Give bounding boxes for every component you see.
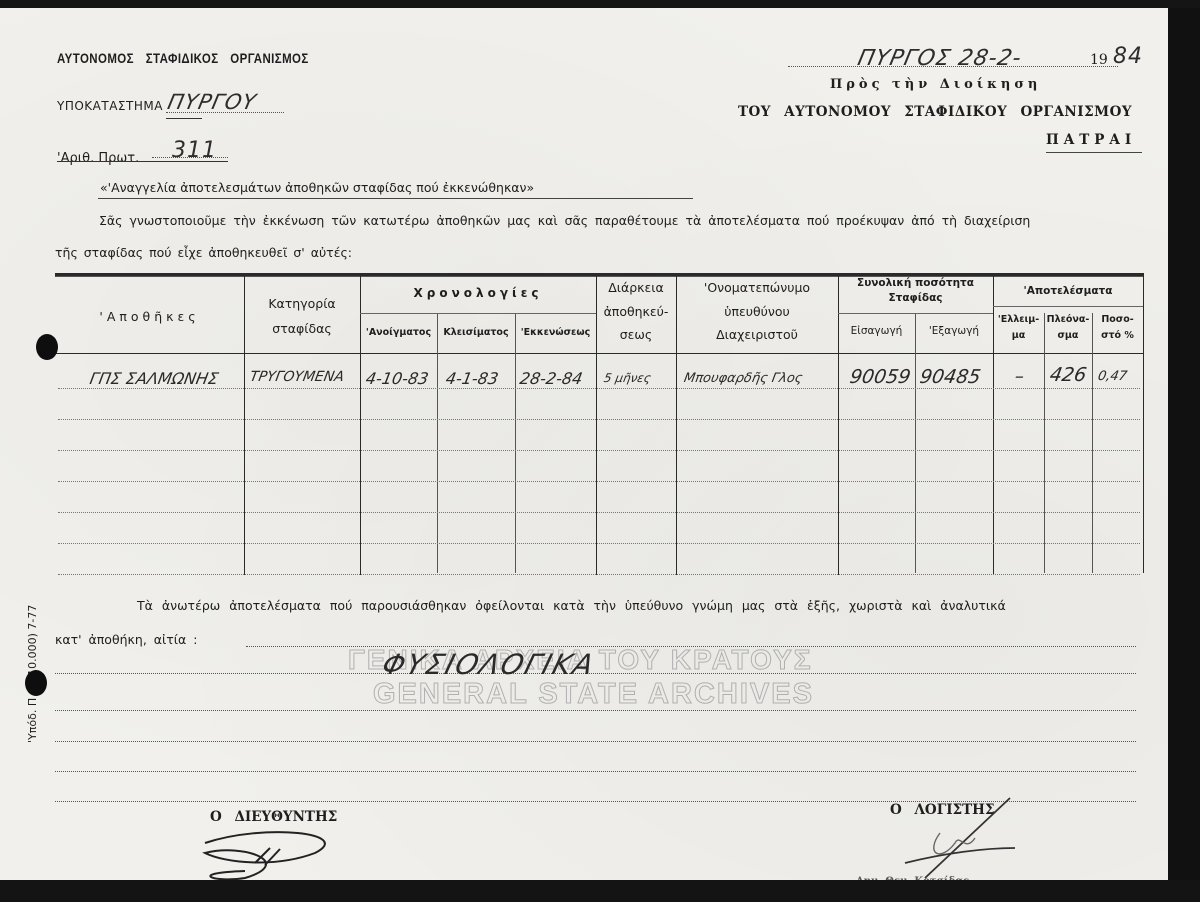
cell-manager: Μπουφαρδῆς Γλος (683, 371, 804, 386)
archive-watermark-english: GENERAL STATE ARCHIVES (373, 678, 814, 711)
header-category-l1: Κατηγορία (244, 295, 360, 313)
header-opening: 'Ανοίγματος (360, 326, 437, 340)
punch-hole (25, 670, 47, 696)
year-prefix: 19 (1090, 52, 1108, 68)
director-signature-icon (185, 823, 360, 880)
header-warehouses: 'Αποθῆκες (55, 308, 244, 326)
header-deficit-l1: 'Ελλειμ- (993, 313, 1044, 327)
branch-value: ΠΥΡΓΟΥ (165, 90, 258, 114)
branch-label: ΥΠΟΚΑΤΑΣΤΗΜΑ (57, 99, 163, 113)
cell-percent: 0,47 (1097, 369, 1129, 384)
dates-group-rule (360, 313, 596, 314)
reason-line (55, 741, 1136, 742)
protocol-value: 311 (172, 138, 217, 163)
header-percent-l1: Ποσο- (1092, 313, 1143, 327)
branch-short-rule (166, 118, 202, 119)
table-row-line (58, 574, 1140, 575)
cell-closing: 4-1-83 (444, 369, 500, 388)
subcol-divider (515, 313, 516, 573)
header-closing: Κλεισίματος (437, 326, 515, 340)
reason-value: ΦΥΣΙΟΛΟΓΙΚΑ (379, 648, 600, 681)
cell-category: ΤΡΥΓΟΥΜΕΝΑ (249, 369, 346, 385)
footer-line-2: κατ' ἀποθήκη, αἰτία : (55, 632, 197, 647)
table-row-line (58, 481, 1140, 482)
table-right-border (1143, 273, 1144, 573)
footer-line-1: Τὰ ἀνωτέρω ἀποτελέσματα πού παρουσιάσθηκ… (137, 598, 1006, 613)
subcol-divider (915, 313, 916, 573)
table-row-line (58, 388, 1140, 389)
col-divider (838, 273, 839, 575)
cell-opening: 4-10-83 (364, 369, 430, 388)
protocol-label: 'Αριθ. Πρωτ. (57, 151, 139, 166)
table-row-line (58, 450, 1140, 451)
subcol-divider (1092, 313, 1093, 573)
recipient-line-2: ΤΟΥ ΑΥΤΟΝΟΜΟΥ ΣΤΑΦΙΔΙΚΟΥ ΟΡΓΑΝΙΣΜΟΥ (738, 104, 1132, 120)
header-duration-l3: σεως (596, 326, 676, 344)
reason-line (55, 771, 1136, 772)
header-duration-l1: Διάρκεια (596, 279, 676, 297)
header-surplus-l1: Πλεόνα- (1044, 313, 1092, 327)
table-row-line (58, 419, 1140, 420)
header-deficit-l2: μα (993, 329, 1044, 343)
cell-evacuation: 28-2-84 (518, 369, 584, 388)
subject-line: «'Αναγγελία ἀποτελεσμάτων ἀποθηκῶν σταφί… (100, 180, 534, 195)
cell-duration: 5 μῆνες (603, 371, 652, 385)
header-surplus-l2: σμα (1044, 329, 1092, 343)
subcol-divider (437, 313, 438, 573)
recipient-underline (1046, 152, 1142, 153)
organization-name: ΑΥΤΟΝΟΜΟΣ ΣΤΑΦΙΔΙΚΟΣ ΟΡΓΑΝΙΣΜΟΣ (57, 50, 309, 66)
place-date-value: ΠΥΡΓΟΣ 28-2- (855, 46, 1024, 71)
subject-underline (98, 198, 693, 199)
cell-warehouse: ΓΠΣ ΣΑΛΜΩΝΗΣ (88, 369, 220, 388)
header-evacuation: 'Εκκενώσεως (515, 326, 596, 340)
year-suffix: 84 (1113, 44, 1143, 69)
cell-export: 90485 (918, 366, 982, 388)
header-manager-l3: Διαχειριστοῦ (676, 326, 838, 344)
accountant-signature-icon (885, 793, 1025, 880)
punch-hole (36, 334, 58, 360)
header-category-l2: σταφίδας (244, 320, 360, 338)
col-divider (360, 273, 361, 575)
intro-line-2: τῆς σταφίδας πού εἶχε ἀποθηκευθεῖ σ' αὐτ… (55, 245, 352, 260)
col-divider (244, 273, 245, 575)
table-header-bottom-rule (55, 353, 1143, 354)
scan-edge-top (0, 0, 1200, 8)
header-total-group-l2: Σταφίδας (838, 291, 993, 306)
document-page: ΑΥΤΟΝΟΜΟΣ ΣΤΑΦΙΔΙΚΟΣ ΟΡΓΑΝΙΣΜΟΣ ΥΠΟΚΑΤΑΣ… (0, 8, 1168, 880)
header-manager-l2: ὑπευθύνου (676, 303, 838, 321)
recipient-line-3: ΠΑΤΡΑΙ (1046, 132, 1136, 148)
results-group-rule (993, 306, 1143, 307)
subcol-divider (1044, 313, 1045, 573)
header-dates-group: Χρονολογίες (360, 285, 596, 302)
header-duration-l2: ἀποθηκεύ- (596, 303, 676, 321)
total-group-rule (838, 313, 993, 314)
header-results-group: 'Αποτελέσματα (993, 284, 1143, 299)
recipient-line-1: Πρὸς τὴν Διοίκηση (830, 77, 1041, 92)
header-import: Εἰσαγωγή (838, 324, 915, 339)
cell-import: 90059 (848, 366, 912, 388)
header-manager-l1: 'Ονοματεπώνυμο (676, 279, 838, 297)
header-percent-l2: στό % (1092, 329, 1143, 343)
intro-line-1: Σᾶς γνωστοποιοῦμε τὴν ἐκκένωση τῶν κατωτ… (99, 213, 1030, 228)
cell-surplus: 426 (1048, 364, 1088, 386)
header-total-group-l1: Συνολική ποσότητα (838, 276, 993, 291)
header-export: 'Εξαγωγή (915, 324, 993, 339)
table-row-line (58, 512, 1140, 513)
scan-edge-bottom (0, 880, 1200, 902)
table-row-line (58, 543, 1140, 544)
scan-edge-right (1168, 0, 1200, 902)
